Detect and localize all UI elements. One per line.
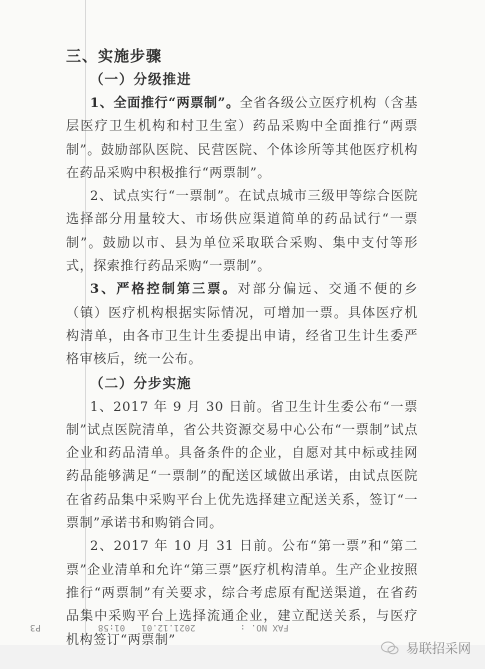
- paragraph-lead: 2、2017 年 10 月 31 日前。: [90, 539, 282, 554]
- paragraph-lead: 1、全面推行“两票制”。: [90, 96, 240, 111]
- document-page: 三、实施步骤 （一）分级推进 1、全面推行“两票制”。全省各级公立医疗机构（含基…: [0, 0, 485, 645]
- page-number: 3: [239, 569, 245, 579]
- watermark: 易联招采网: [380, 638, 471, 657]
- paragraph-text: 省卫生计生委公布“一票制”试点医院清单，省公共资源交易中心公布“一票制”试点企业…: [66, 400, 418, 531]
- paragraph: 1、2017 年 9 月 30 日前。省卫生计生委公布“一票制”试点医院清单，省…: [66, 396, 418, 536]
- fax-page: P3: [30, 622, 41, 632]
- paragraph: 2、试点实行“一票制”。在试点城市三级甲等综合医院选择部分用量较大、市场供应渠道…: [66, 185, 418, 278]
- wechat-logo-icon: [380, 641, 400, 655]
- fax-number: FAX NO. :: [240, 622, 289, 632]
- fax-header: P3 2021.12.01 01:58 FAX NO. :: [0, 622, 485, 636]
- paragraph-lead: 1、2017 年 9 月 30 日前。: [90, 400, 271, 415]
- paragraph: 1、全面推行“两票制”。全省各级公立医疗机构（含基层医疗卫生机构和村卫生室）药品…: [66, 92, 418, 185]
- paragraph-lead: 3、严格控制第三票。: [90, 282, 238, 297]
- section-title: 三、实施步骤: [66, 44, 418, 68]
- subsection-title: （一）分级推进: [66, 68, 418, 92]
- paragraph-lead: 2、试点实行“一票制”。: [90, 189, 238, 204]
- watermark-text: 易联招采网: [406, 638, 471, 657]
- paragraph: 3、严格控制第三票。对部分偏远、交通不便的乡（镇）医疗机构根据实际情况，可增加一…: [66, 278, 418, 371]
- document-content: 三、实施步骤 （一）分级推进 1、全面推行“两票制”。全省各级公立医疗机构（含基…: [66, 44, 418, 652]
- subsection-title: （二）分步实施: [66, 372, 418, 396]
- fax-datetime: 2021.12.01 01:58: [98, 622, 196, 632]
